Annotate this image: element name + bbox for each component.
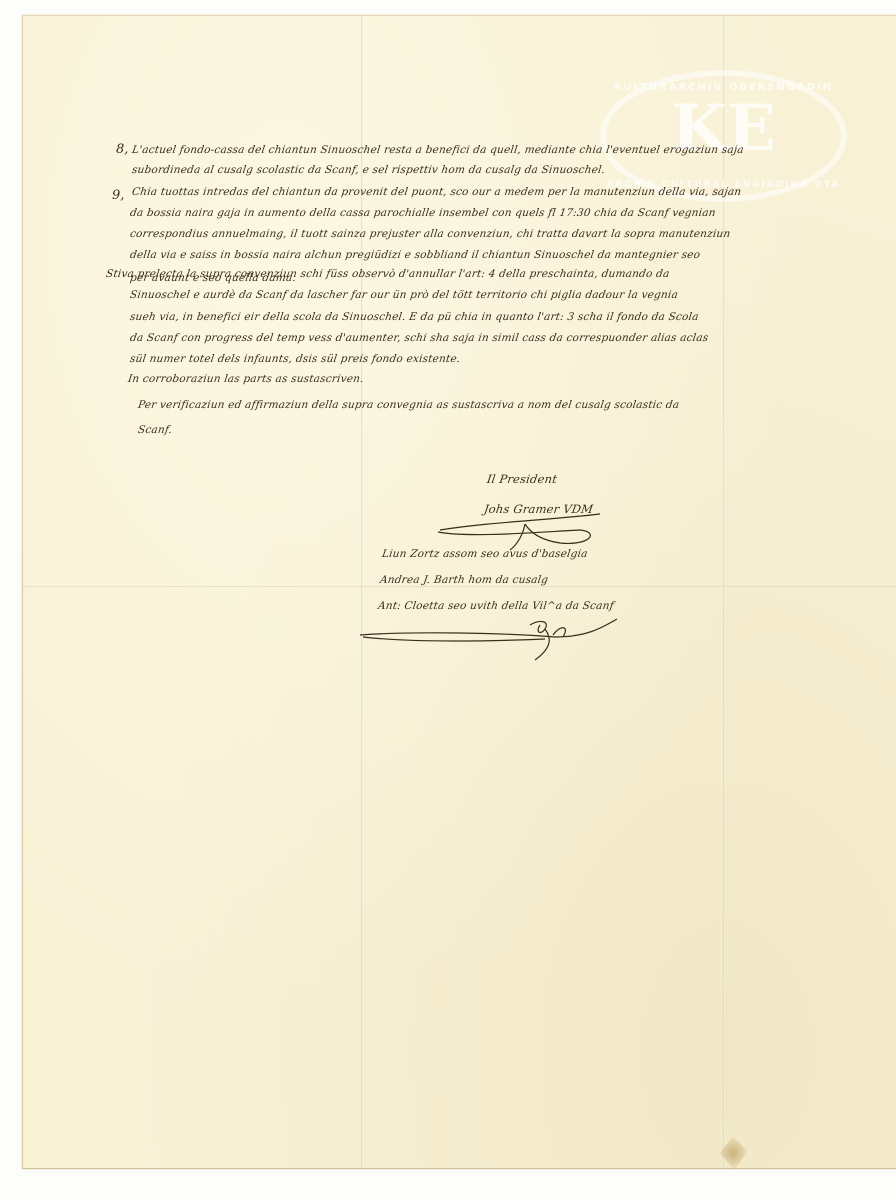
item-8-line-1: L'actuel fondo-cassa del chiantun Sinuos…	[131, 144, 744, 156]
corroboration-line: In corroboraziun las parts as sustascriv…	[127, 373, 364, 385]
item-9-line-4: della via e saiss in bossia naira alchun…	[129, 249, 701, 261]
item-9-line-3: correspondius annuelmaing, il tuott sain…	[129, 228, 731, 240]
item-9-line-2: da bossia naira gaja in aumento della ca…	[129, 207, 716, 219]
paragraph-1-line-4: da Scanf con progress del temp vess d'au…	[129, 332, 709, 344]
item-9-line-1: Chia tuottas intredas del chiantun da pr…	[131, 186, 742, 198]
item-number-9: 9,	[112, 188, 124, 203]
signer-3: Ant: Cloetta seo uvith della Vil^a da Sc…	[377, 600, 614, 612]
paragraph-1-line-1: Stiva prelecta la supra convenziun schi …	[105, 268, 670, 280]
verification-line-1: Per verificaziun ed affirmaziun della su…	[137, 399, 680, 411]
signer-1: Liun Zortz assom seo avus d'baselgia	[381, 548, 588, 560]
signer-2: Andrea J. Barth hom da cusalg	[379, 574, 549, 586]
item-8-line-2: subordineda al cusalg scolastic da Scanf…	[131, 164, 606, 176]
verification-line-2: Scanf.	[137, 424, 173, 436]
fold-line-horizontal	[23, 586, 896, 588]
archive-watermark: KULTURARCHIV OBERENGADIN KE ARCHIV CULTU…	[600, 70, 847, 202]
paragraph-1-line-3: sueh via, in benefici eir della scola da…	[129, 311, 699, 323]
paragraph-1-line-5: sül numer totel dels infaunts, dsis sül …	[129, 353, 461, 365]
signer-flourish	[355, 615, 625, 670]
item-number-8: 8,	[116, 142, 128, 157]
signature-title: Il President	[486, 472, 558, 486]
paragraph-1-line-2: Sinuoschel e aurdè da Scanf da lascher f…	[129, 289, 679, 301]
